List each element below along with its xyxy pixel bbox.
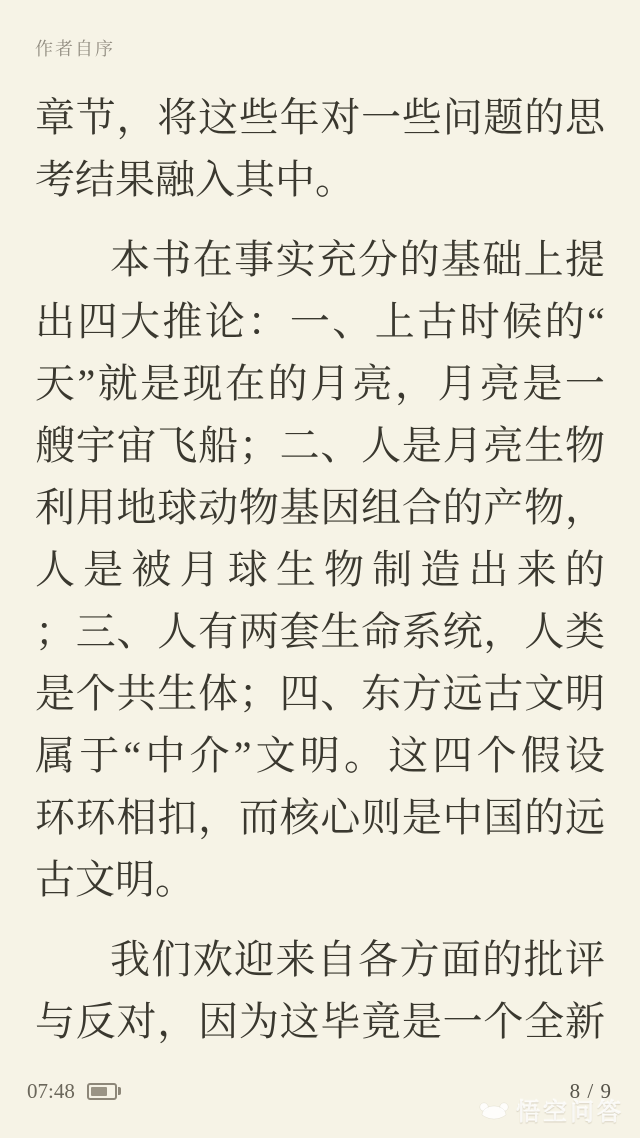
text-line: 本书在事实充分的基础上提 (35, 229, 605, 291)
text-line: 与反对，因为这毕竟是一个全新 (35, 991, 605, 1053)
ebook-reader-screen: 作者自序 章节，将这些年对一些问题的思 考结果融入其中。 本书在事实充分的基础上… (0, 0, 640, 1138)
text-line: 环环相扣，而核心则是中国的远 (35, 787, 605, 849)
battery-fill (91, 1087, 108, 1096)
footer-left: 07:48 (27, 1079, 117, 1104)
text-line: 章节，将这些年对一些问题的思 (35, 87, 605, 149)
text-line: 艘宇宙飞船；二、人是月亮生物 (35, 415, 605, 477)
text-line: 利用地球动物基因组合的产物， (35, 477, 605, 539)
text-line: 天”就是现在的月亮，月亮是一 (35, 353, 605, 415)
text-line: 人是被月球生物制造出来的 (35, 539, 605, 601)
battery-icon (87, 1083, 117, 1100)
battery-nub (118, 1087, 121, 1095)
text-line: 是个共生体；四、东方远古文明 (35, 663, 605, 725)
chapter-title: 作者自序 (35, 35, 115, 61)
page-text-area[interactable]: 章节，将这些年对一些问题的思 考结果融入其中。 本书在事实充分的基础上提 出四大… (35, 87, 605, 1053)
clock-time: 07:48 (27, 1079, 75, 1104)
text-line: 属于“中介”文明。这四个假设 (35, 725, 605, 787)
text-line: 考结果融入其中。 (35, 149, 605, 211)
text-line: 我们欢迎来自各方面的批评 (35, 929, 605, 991)
page-indicator: 8 / 9 (570, 1079, 612, 1104)
text-line: 古文明。 (35, 849, 605, 911)
text-line: ；三、人有两套生命系统，人类 (35, 601, 605, 663)
reader-status-bar: 07:48 8 / 9 (27, 1076, 612, 1106)
text-line: 出四大推论：一、上古时候的“ (35, 291, 605, 353)
